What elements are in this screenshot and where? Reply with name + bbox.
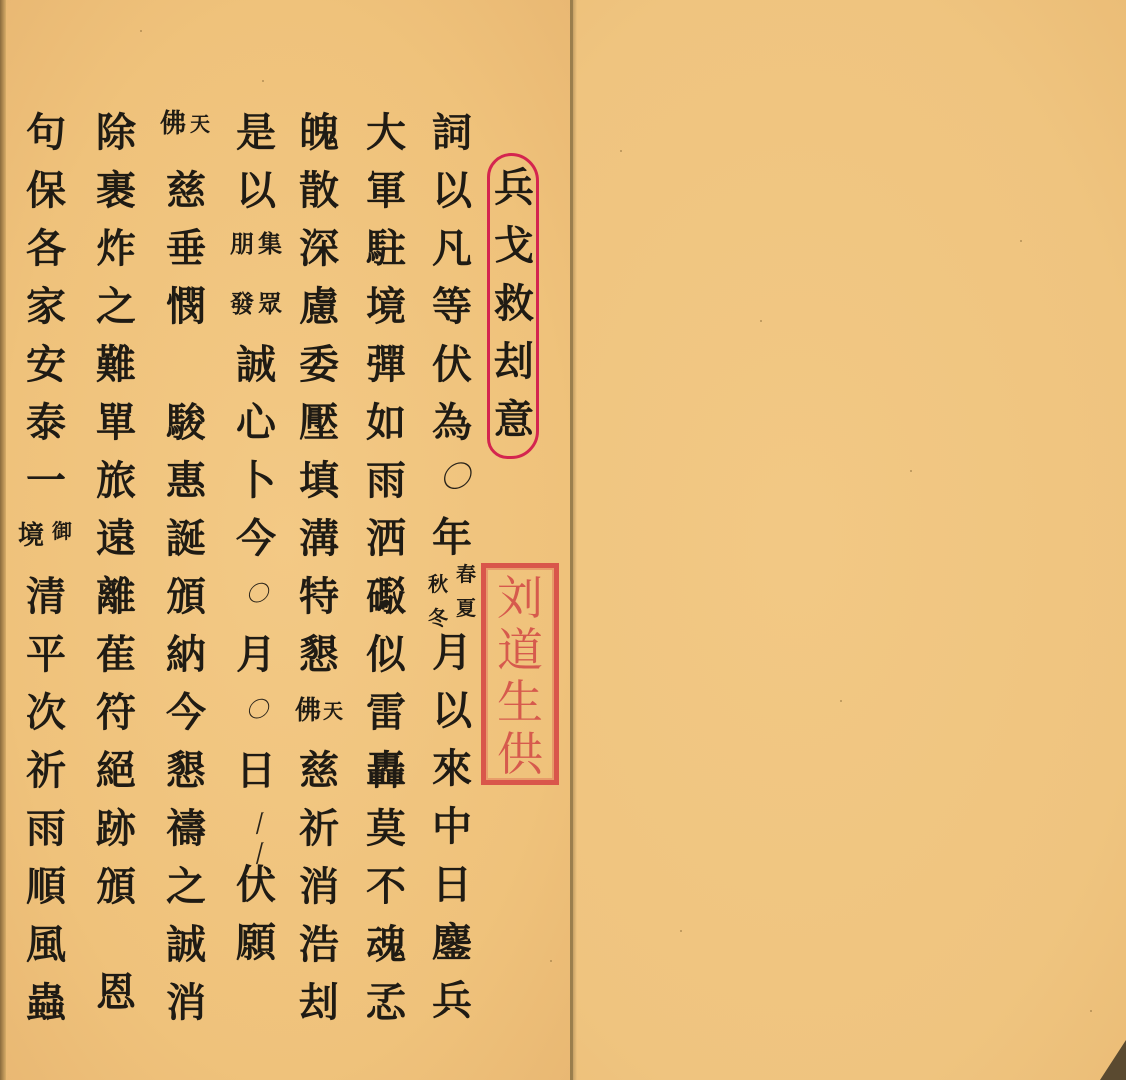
char: 消 (289, 859, 349, 915)
char: 跡 (86, 801, 146, 857)
char: 遠 (86, 511, 146, 567)
char: 委 (289, 337, 349, 393)
char: 軍 (356, 163, 416, 219)
char: 納 (156, 627, 216, 683)
char: 慮 (289, 279, 349, 335)
char: 單 (86, 395, 146, 451)
blank-mark: 〇 (440, 463, 470, 493)
small-char: 秋 (428, 573, 448, 595)
char: 祈 (16, 743, 76, 799)
char: 心 (226, 395, 286, 451)
paper-speck (680, 930, 682, 932)
small-char: 眾 (258, 293, 282, 315)
char: 卜 (226, 453, 286, 509)
paper-speck (620, 150, 622, 152)
char: 轟 (356, 743, 416, 799)
char: 雨 (356, 453, 416, 509)
seal-char: 道 (486, 624, 554, 676)
char: 不 (356, 859, 416, 915)
char: 駐 (356, 221, 416, 277)
char: 次 (16, 685, 76, 741)
small-char: 發 (230, 293, 254, 315)
char: 家 (16, 279, 76, 335)
char: 月 (226, 627, 286, 683)
char: 保 (16, 163, 76, 219)
char: 恩 (86, 965, 146, 1021)
char: 懇 (156, 743, 216, 799)
char: 伏 (226, 857, 286, 913)
seal-char: 生 (486, 676, 554, 728)
char: 禱 (156, 801, 216, 857)
heading-char: 救 (484, 276, 544, 332)
char: 泰 (16, 395, 76, 451)
char: 孞 (356, 975, 416, 1031)
char: 各 (16, 221, 76, 277)
paper-speck (1020, 240, 1022, 242)
small-char: 佛 (160, 113, 186, 135)
paper-speck (550, 960, 552, 962)
char: 魄 (289, 105, 349, 161)
char: 之 (156, 859, 216, 915)
char: 深 (289, 221, 349, 277)
char: 為 (422, 395, 482, 451)
char: 洒 (356, 511, 416, 567)
paper-speck (910, 470, 912, 472)
char: 莫 (356, 801, 416, 857)
paper-speck (1090, 1010, 1092, 1012)
char: 除 (86, 105, 146, 161)
paper-speck (840, 700, 842, 702)
char: 炸 (86, 221, 146, 277)
small-char: 春 (456, 563, 476, 585)
char: 來 (422, 741, 482, 797)
char: 難 (86, 337, 146, 393)
char: 絕 (86, 743, 146, 799)
char: 順 (16, 859, 76, 915)
char: 符 (86, 685, 146, 741)
char: 似 (356, 627, 416, 683)
heading-char: 刦 (484, 334, 544, 390)
seal-char: 供 (486, 728, 554, 780)
char: 大 (356, 105, 416, 161)
paper-speck (140, 30, 142, 32)
char: 風 (16, 917, 76, 973)
char: 等 (422, 279, 482, 335)
char: 誠 (226, 337, 286, 393)
fold-shadow (573, 0, 577, 1080)
char: 慈 (156, 163, 216, 219)
char: 刦 (289, 975, 349, 1031)
char: 消 (156, 975, 216, 1031)
char: 誠 (156, 917, 216, 973)
small-char: 境 (18, 525, 44, 547)
page-corner-shadow (1100, 1040, 1126, 1080)
char: 駿 (156, 395, 216, 451)
char: 雨 (16, 801, 76, 857)
char: 彈 (356, 337, 416, 393)
seal-char: 刘 (486, 572, 554, 624)
char: 清 (16, 569, 76, 625)
char: 特 (289, 569, 349, 625)
char: 境 (356, 279, 416, 335)
book-left-edge (0, 0, 6, 1080)
red-seal-stamp: 刘 道 生 供 (481, 563, 559, 785)
char: 垂 (156, 221, 216, 277)
small-char: 佛 (295, 700, 321, 722)
char: 中 (422, 799, 482, 855)
blank-mark: 〇 (246, 696, 268, 726)
char: 日 (226, 743, 286, 799)
char: 散 (289, 163, 349, 219)
char: 今 (226, 511, 286, 567)
char: 魂 (356, 917, 416, 973)
char: 兵 (422, 973, 482, 1029)
char: 填 (289, 453, 349, 509)
small-char: 御 (52, 520, 72, 542)
char: 平 (16, 627, 76, 683)
char: 礟 (356, 569, 416, 625)
char: 蟲 (16, 975, 76, 1031)
char: 年 (422, 510, 482, 566)
small-char: 集 (258, 233, 282, 255)
char: 是 (226, 105, 286, 161)
char: 鏖 (422, 915, 482, 971)
char: 離 (86, 569, 146, 625)
char: 惠 (156, 453, 216, 509)
small-char: 天 (323, 700, 343, 722)
char: 壓 (289, 395, 349, 451)
char: 誕 (156, 511, 216, 567)
char: 懇 (289, 627, 349, 683)
char: 一 (16, 453, 76, 509)
char: 浩 (289, 917, 349, 973)
char: 願 (226, 915, 286, 971)
char: 頒 (86, 859, 146, 915)
heading-char: 兵 (484, 160, 544, 216)
char: 今 (156, 685, 216, 741)
char: 頒 (156, 569, 216, 625)
right-page-blank (575, 0, 1126, 1080)
char: 以 (422, 163, 482, 219)
char: 以 (226, 163, 286, 219)
char: 詞 (422, 105, 482, 161)
char: 伏 (422, 337, 482, 393)
char: 祈 (289, 801, 349, 857)
char: 如 (356, 395, 416, 451)
small-char: 朋 (230, 233, 254, 255)
char: 萑 (86, 627, 146, 683)
char: 旅 (86, 453, 146, 509)
char: 月 (422, 625, 482, 681)
char: 日 (422, 857, 482, 913)
char: 慈 (289, 743, 349, 799)
char: 之 (86, 279, 146, 335)
char: 句 (16, 105, 76, 161)
char: 安 (16, 337, 76, 393)
char: 雷 (356, 685, 416, 741)
char: 凡 (422, 221, 482, 277)
char: 以 (422, 683, 482, 739)
small-char: 天 (190, 113, 210, 135)
paper-speck (760, 320, 762, 322)
heading-char: 意 (484, 392, 544, 448)
small-char: 夏 (456, 597, 476, 619)
char: 憫 (156, 279, 216, 335)
paper-speck (262, 80, 264, 82)
char: 溝 (289, 511, 349, 567)
char: 裹 (86, 163, 146, 219)
heading-char: 戈 (484, 218, 544, 274)
blank-mark: 〇 (246, 580, 268, 610)
